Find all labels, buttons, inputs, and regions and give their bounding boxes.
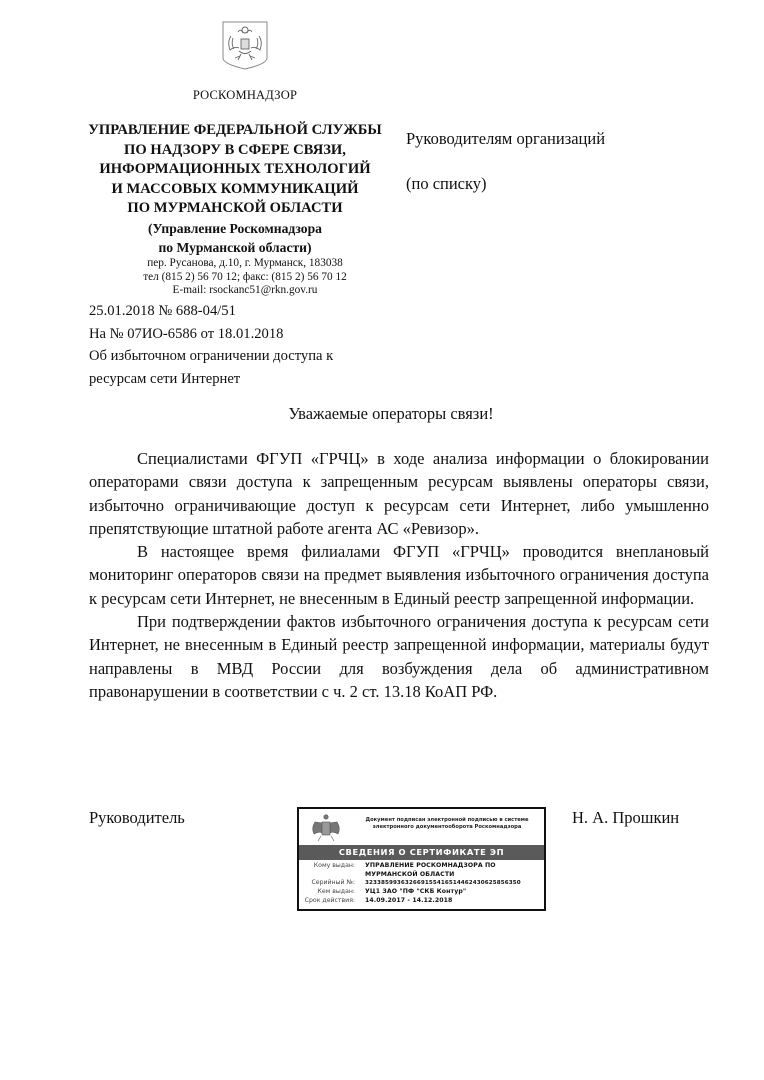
body-paragraph: В настоящее время филиалами ФГУП «ГРЧЦ» … [89, 540, 709, 610]
sender-line: ПО НАДЗОРУ В СФЕРЕ СВЯЗИ, [85, 141, 385, 161]
cert-row-issued-to: Кому выдан: УПРАВЛЕНИЕ РОСКОМНАДЗОРА ПО [299, 862, 544, 871]
outgoing-number: 25.01.2018 № 688-04/51 [89, 300, 389, 323]
cert-row-serial: Серийный №: 3233859936326691554165144624… [299, 879, 544, 888]
sender-sub-line: по Мурманской области) [85, 238, 385, 257]
cert-value: УЦ1 ЗАО "ПФ "СКБ Контур" [365, 888, 466, 897]
cert-label: Серийный №: [299, 879, 365, 888]
body-paragraph: Специалистами ФГУП «ГРЧЦ» в ходе анализа… [89, 447, 709, 540]
cert-value: УПРАВЛЕНИЕ РОСКОМНАДЗОРА ПО [365, 862, 496, 871]
signatory-role: Руководитель [89, 808, 185, 828]
recipient-line: Руководителям организаций [406, 128, 605, 150]
coat-of-arms-emblem [221, 20, 269, 70]
sender-line: ПО МУРМАНСКОЙ ОБЛАСТИ [85, 199, 385, 219]
stamp-emblem [309, 813, 343, 843]
signatory-name: Н. А. Прошкин [572, 808, 679, 828]
cert-row-validity: Срок действия: 14.09.2017 - 14.12.2018 [299, 897, 544, 906]
subject-line: Об избыточном ограничении доступа к [89, 345, 389, 368]
russian-coat-of-arms-icon [309, 813, 343, 843]
sender-line: ИНФОРМАЦИОННЫХ ТЕХНОЛОГИЙ [85, 160, 385, 180]
phone-fax-line: тел (815 2) 56 70 12; факс: (815 2) 56 7… [105, 271, 385, 285]
cert-value: 14.09.2017 - 14.12.2018 [365, 897, 452, 906]
cert-label: Кому выдан: [299, 862, 365, 871]
cert-row-issuer: Кем выдан: УЦ1 ЗАО "ПФ "СКБ Контур" [299, 888, 544, 897]
incoming-reference: На № 07ИО-6586 от 18.01.2018 [89, 323, 389, 346]
email-line: E-mail: rsockanc51@rkn.gov.ru [105, 284, 385, 298]
cert-label: Срок действия: [299, 897, 365, 906]
cert-value: МУРМАНСКОЙ ОБЛАСТИ [365, 871, 454, 880]
electronic-signature-stamp: Документ подписан электронной подписью в… [297, 807, 546, 911]
russian-coat-of-arms-icon [221, 20, 269, 70]
sender-line: И МАССОВЫХ КОММУНИКАЦИЙ [85, 180, 385, 200]
body-paragraph: При подтверждении фактов избыточного огр… [89, 610, 709, 703]
document-references: 25.01.2018 № 688-04/51 На № 07ИО-6586 от… [89, 300, 389, 390]
certificate-header: СВЕДЕНИЯ О СЕРТИФИКАТЕ ЭП [299, 845, 544, 860]
sender-organization: УПРАВЛЕНИЕ ФЕДЕРАЛЬНОЙ СЛУЖБЫ ПО НАДЗОРУ… [85, 121, 385, 257]
cert-value: 323385993632669155416514462430625856350 [365, 879, 521, 888]
cert-label: Кем выдан: [299, 888, 365, 897]
sender-line: УПРАВЛЕНИЕ ФЕДЕРАЛЬНОЙ СЛУЖБЫ [85, 121, 385, 141]
certificate-details: Кому выдан: УПРАВЛЕНИЕ РОСКОМНАДЗОРА ПО … [299, 862, 544, 906]
notice-line: электронного документооборота Роскомнадз… [357, 824, 537, 831]
letter-body: Специалистами ФГУП «ГРЧЦ» в ходе анализа… [89, 447, 709, 703]
sender-sub-line: (Управление Роскомнадзора [85, 219, 385, 238]
recipient-block: Руководителям организаций (по списку) [406, 128, 605, 195]
notice-line: Документ подписан электронной подписью в… [357, 817, 537, 824]
sender-address: пер. Русанова, д.10, г. Мурманск, 183038… [85, 257, 385, 298]
recipient-note: (по списку) [406, 173, 605, 195]
address-line: пер. Русанова, д.10, г. Мурманск, 183038 [105, 257, 385, 271]
subject-line: ресурсам сети Интернет [89, 368, 389, 391]
agency-short-name: РОСКОМНАДЗОР [140, 88, 350, 103]
salutation: Уважаемые операторы связи! [0, 404, 764, 424]
stamp-notice: Документ подписан электронной подписью в… [357, 817, 537, 831]
